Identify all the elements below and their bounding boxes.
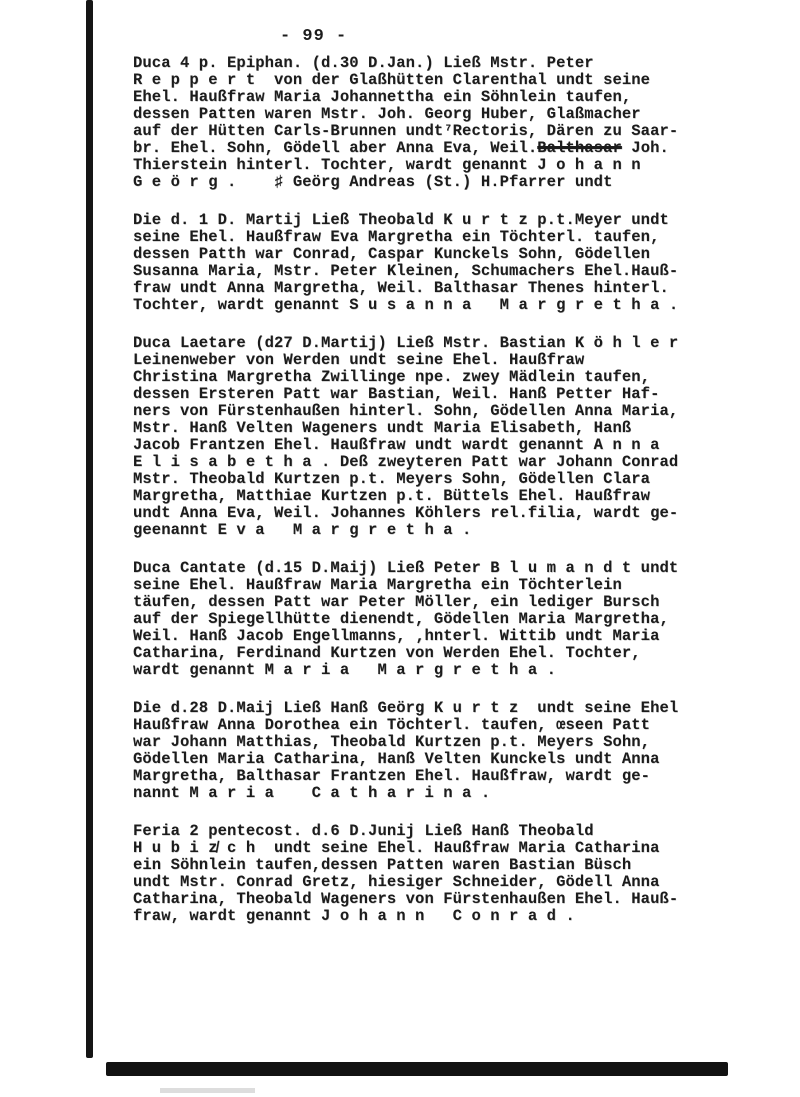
text-line: auf der Hütten Carls-Brunnen undt⁷Rector…	[133, 123, 753, 140]
text-line: Haußfraw Anna Dorothea ein Töchterl. tau…	[133, 717, 753, 734]
text-line: Weil. Hanß Jacob Engellmanns, ‚hnterl. W…	[133, 628, 753, 645]
text-line: fraw undt Anna Margretha, Weil. Balthasa…	[133, 280, 753, 297]
text-line: Leinenweber von Werden undt seine Ehel. …	[133, 352, 753, 369]
text-line: war Johann Matthias, Theobald Kurtzen p.…	[133, 734, 753, 751]
baptism-entry-3: Duca Laetare (d27 D.Martij) Ließ Mstr. B…	[133, 335, 753, 539]
text-line: Die d.28 D.Maij Ließ Hanß Geörg K u r t …	[133, 700, 753, 717]
text-line: Duca 4 p. Epiphan. (d.30 D.Jan.) Ließ Ms…	[133, 55, 753, 72]
text-line: G e ö r g . ♯ Geörg Andreas (St.) H.Pfar…	[133, 174, 753, 191]
baptism-entry-6: Feria 2 pentecost. d.6 D.Junij Ließ Hanß…	[133, 823, 753, 925]
text-line: ein Söhnlein taufen,dessen Patten waren …	[133, 857, 753, 874]
text-line: Die d. 1 D. Martij Ließ Theobald K u r t…	[133, 212, 753, 229]
text-segment: Joh.	[622, 139, 669, 157]
text-line: Thierstein hinterl. Tochter, wardt genan…	[133, 157, 753, 174]
text-line: E l i s a b e t h a . Deß zweyteren Patt…	[133, 454, 753, 471]
text-line: auf der Spiegellhütte dienendt, Gödellen…	[133, 611, 753, 628]
document-page: - 99 - Duca 4 p. Epiphan. (d.30 D.Jan.) …	[0, 0, 800, 1097]
text-line: Gödellen Maria Catharina, Hanß Velten Ku…	[133, 751, 753, 768]
page-number: - 99 -	[280, 28, 753, 46]
text-line: Margretha, Balthasar Frantzen Ehel. Hauß…	[133, 768, 753, 785]
text-line: Ehel. Haußfraw Maria Johannettha ein Söh…	[133, 89, 753, 106]
text-line: Tochter, wardt genannt S u s a n n a M a…	[133, 297, 753, 314]
baptism-entry-2: Die d. 1 D. Martij Ließ Theobald K u r t…	[133, 212, 753, 314]
text-line: dessen Patten waren Mstr. Joh. Georg Hub…	[133, 106, 753, 123]
text-line: R e p p e r t von der Glaßhütten Clarent…	[133, 72, 753, 89]
baptism-entry-1: Duca 4 p. Epiphan. (d.30 D.Jan.) Ließ Ms…	[133, 55, 753, 191]
bottom-edge-scan-artifact	[106, 1062, 728, 1076]
text-line: nannt M a r i a C a t h a r i n a .	[133, 785, 753, 802]
text-line: Duca Laetare (d27 D.Martij) Ließ Mstr. B…	[133, 335, 753, 352]
text-line: Susanna Maria, Mstr. Peter Kleinen, Schu…	[133, 263, 753, 280]
baptism-entry-4: Duca Cantate (d.15 D.Maij) Ließ Peter B …	[133, 560, 753, 679]
text-line: H u b i z̸ c h undt seine Ehel. Haußfraw…	[133, 840, 753, 857]
text-segment: br. Ehel. Sohn, Gödell aber Anna Eva, We…	[133, 139, 537, 157]
text-line: Jacob Frantzen Ehel. Haußfraw undt wardt…	[133, 437, 753, 454]
text-line: dessen Ersteren Patt war Bastian, Weil. …	[133, 386, 753, 403]
text-line: Mstr. Hanß Velten Wageners undt Maria El…	[133, 420, 753, 437]
text-line: Margretha, Matthiae Kurtzen p.t. Büttels…	[133, 488, 753, 505]
text-line: seine Ehel. Haußfraw Maria Margretha ein…	[133, 577, 753, 594]
text-line: fraw, wardt genannt J o h a n n C o n r …	[133, 908, 753, 925]
text-line-with-strikethrough: br. Ehel. Sohn, Gödell aber Anna Eva, We…	[133, 140, 753, 157]
text-line: täufen, dessen Patt war Peter Möller, ei…	[133, 594, 753, 611]
text-line: seine Ehel. Haußfraw Eva Margretha ein T…	[133, 229, 753, 246]
text-line: Catharina, Ferdinand Kurtzen von Werden …	[133, 645, 753, 662]
left-edge-scan-artifact	[86, 0, 93, 1058]
text-line: dessen Patth war Conrad, Caspar Kunckels…	[133, 246, 753, 263]
text-line: Feria 2 pentecost. d.6 D.Junij Ließ Hanß…	[133, 823, 753, 840]
text-line: undt Mstr. Conrad Gretz, hiesiger Schnei…	[133, 874, 753, 891]
text-line: geenannt E v a M a r g r e t h a .	[133, 522, 753, 539]
baptism-entry-5: Die d.28 D.Maij Ließ Hanß Geörg K u r t …	[133, 700, 753, 802]
text-line: ners von Fürstenhaußen hinterl. Sohn, Gö…	[133, 403, 753, 420]
text-line: undt Anna Eva, Weil. Johannes Köhlers re…	[133, 505, 753, 522]
text-line: Mstr. Theobald Kurtzen p.t. Meyers Sohn,…	[133, 471, 753, 488]
scan-smudge	[160, 1088, 255, 1093]
text-line: Duca Cantate (d.15 D.Maij) Ließ Peter B …	[133, 560, 753, 577]
text-line: Christina Margretha Zwillinge npe. zwey …	[133, 369, 753, 386]
text-line: Catharina, Theobald Wageners von Fürsten…	[133, 891, 753, 908]
struck-word: Balthasar	[537, 139, 622, 157]
text-block: - 99 - Duca 4 p. Epiphan. (d.30 D.Jan.) …	[133, 28, 753, 946]
text-line: wardt genannt M a r i a M a r g r e t h …	[133, 662, 753, 679]
